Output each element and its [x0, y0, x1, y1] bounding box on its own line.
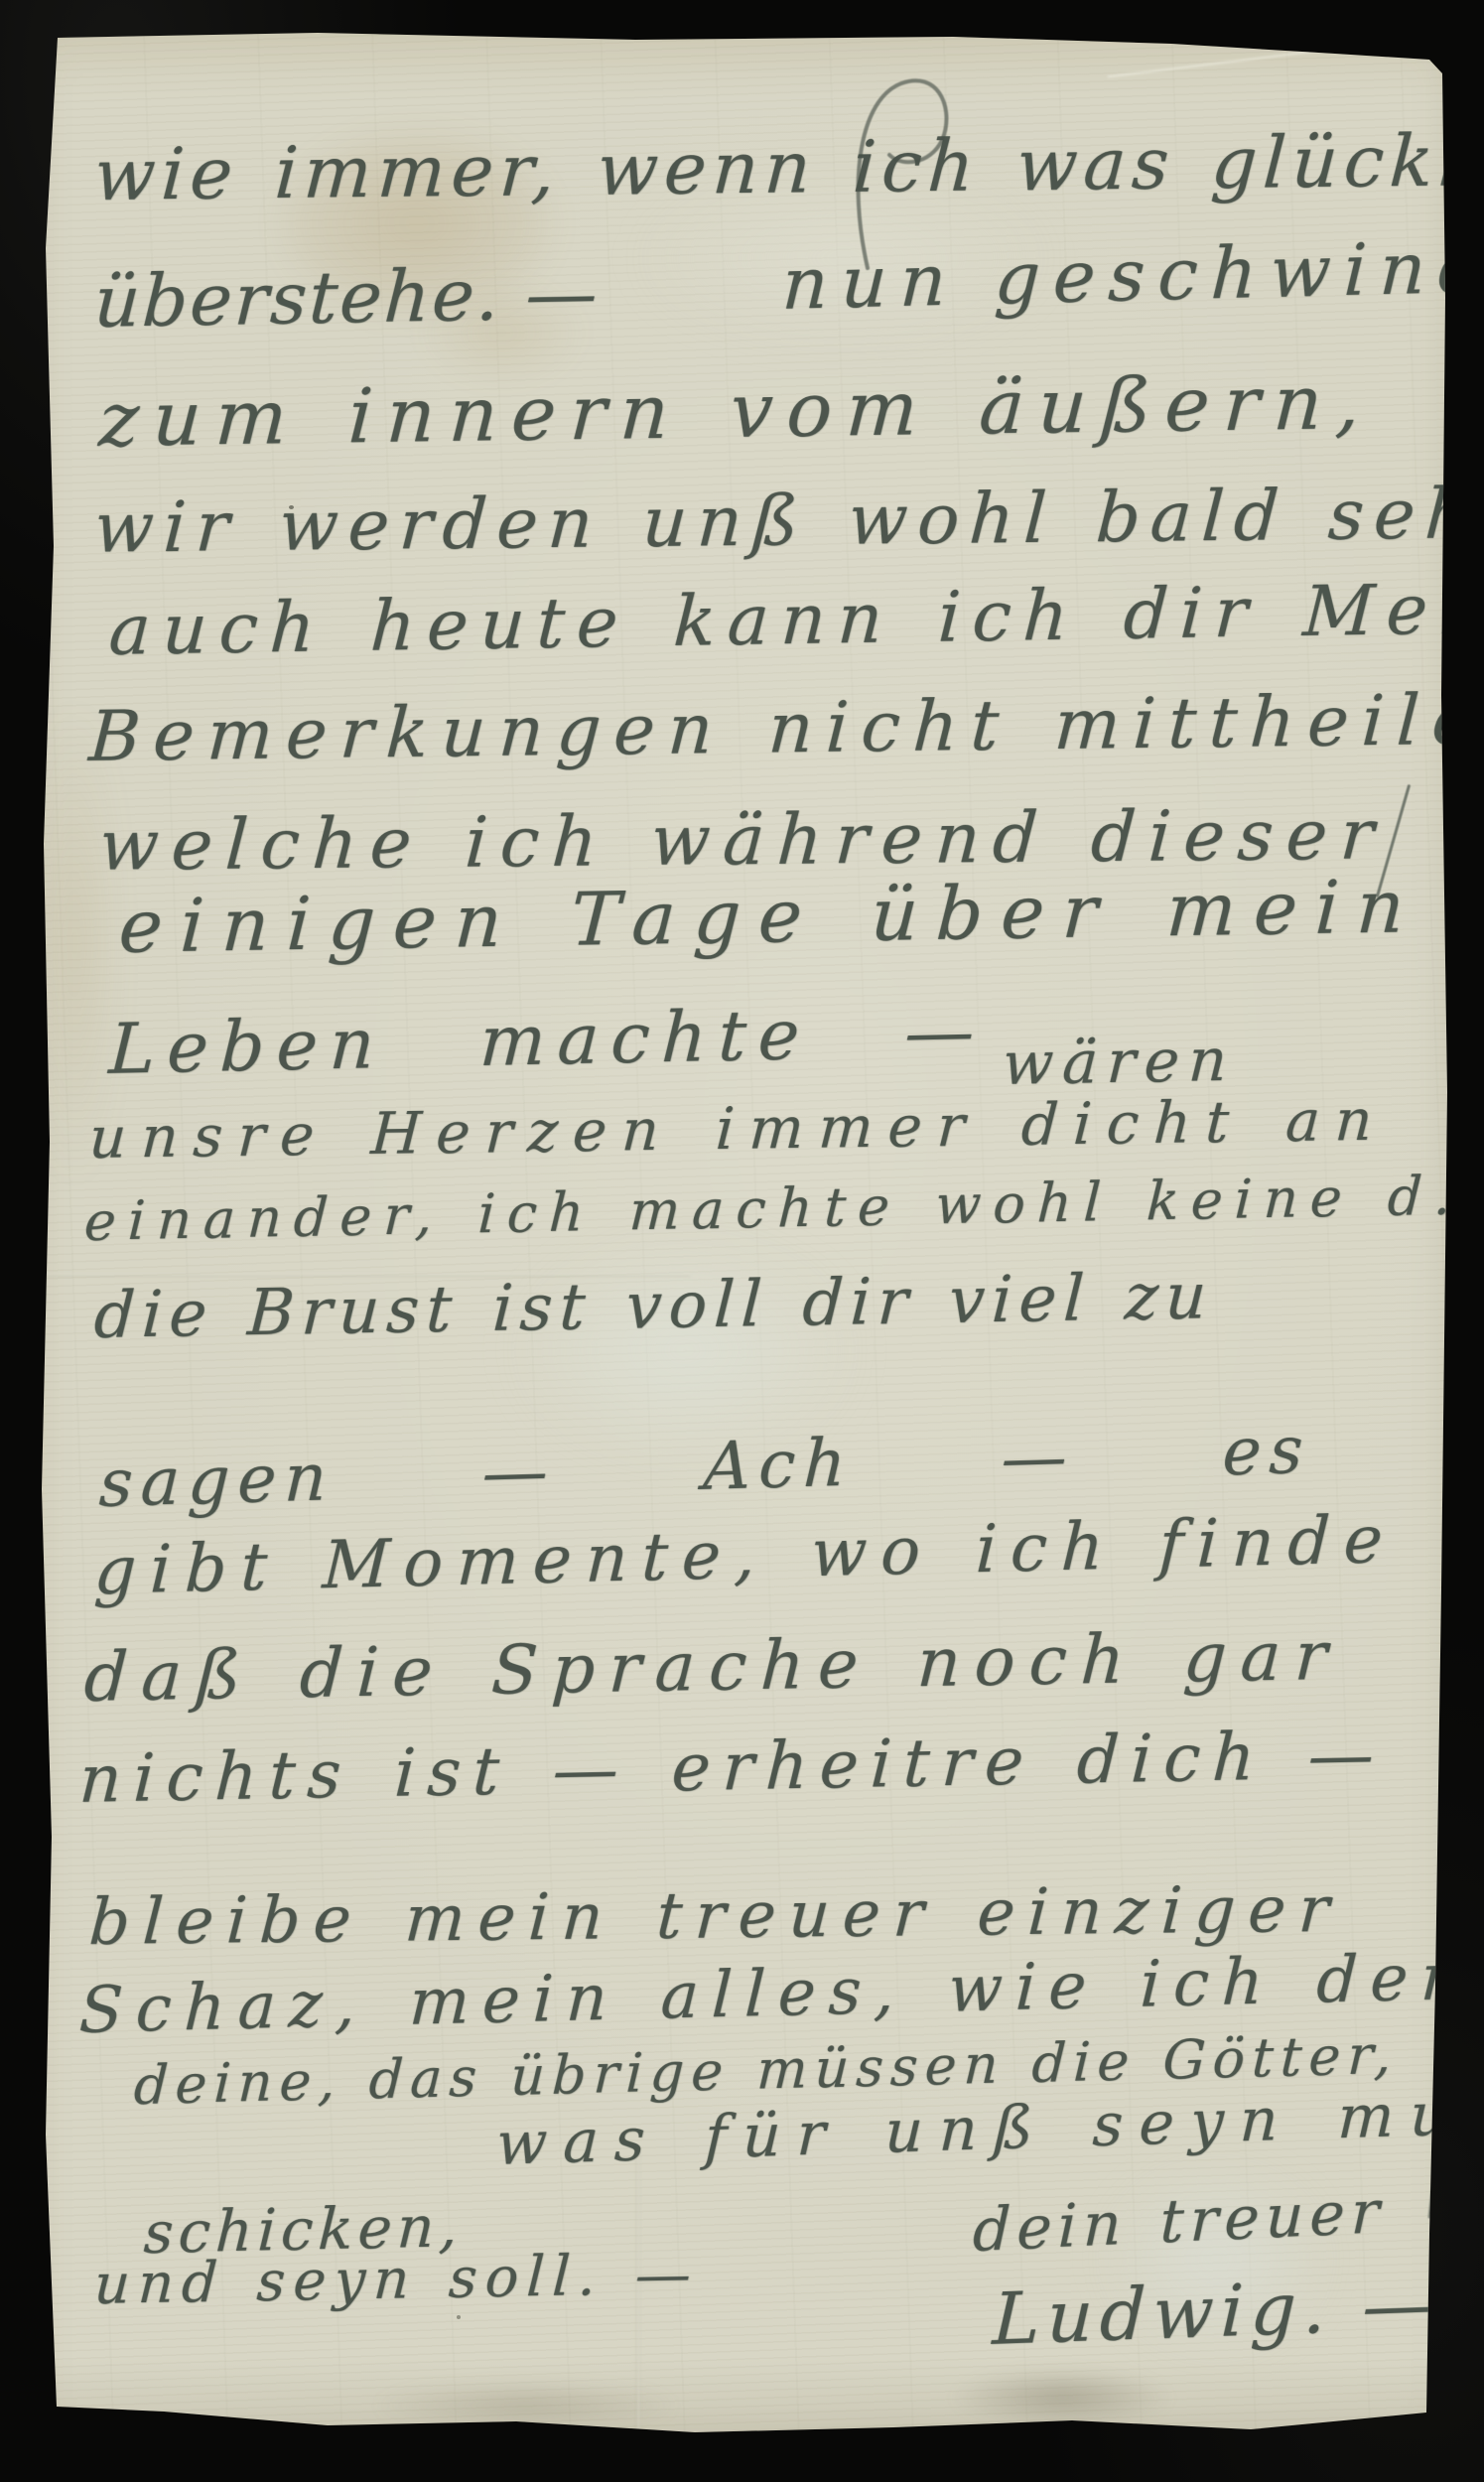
signature-name: Ludwig. —	[992, 2268, 1442, 2355]
handwriting-line-02: überstehe. —	[92, 257, 601, 338]
ink-speck	[457, 2315, 461, 2319]
handwriting-line-14: gibt Momente, wo ich finde	[92, 1507, 1398, 1604]
handwriting-line-01: wie immer, wenn ich was glücklich	[92, 123, 1484, 210]
handwriting-line-21: und seyn soll. —	[93, 2247, 701, 2313]
handwriting-line-06: Bemerkungen nicht mittheilen,	[87, 684, 1484, 771]
letter-page: wie immer, wenn ich was glücklich überst…	[0, 0, 1484, 2482]
crease-diagonal-top	[1108, 48, 1339, 78]
signature-closing: dein treuer	[972, 2182, 1386, 2261]
handwriting-line-15: daß die Sprache noch gar	[82, 1623, 1342, 1713]
handwriting-line-05: auch heute kann ich dir Meine	[107, 573, 1484, 665]
scanned-letter-image: wie immer, wenn ich was glücklich überst…	[0, 0, 1484, 2482]
handwriting-line-04: wir werden unß wohl bald sehn,	[92, 478, 1484, 563]
handwriting-line-11: einander, ich machte wohl keine d.g.	[83, 1168, 1484, 1249]
handwriting-line-09: Leben machte —	[107, 996, 988, 1084]
handwriting-line-10: unsre Herzen immer dicht an	[87, 1091, 1389, 1167]
handwriting-line-13: sagen — Ach — es	[98, 1418, 1312, 1517]
handwriting-line-17: bleibe mein treuer einziger	[87, 1878, 1344, 1955]
handwriting-line-12: die Brust ist voll dir viel zu	[92, 1265, 1215, 1348]
stain-bottom-center	[953, 2368, 1171, 2427]
stain-bottom-left	[377, 2383, 675, 2428]
handwriting-line-03: zum innern vom äußern,	[97, 364, 1376, 458]
handwriting-line-08: einigen Tage über mein	[117, 870, 1423, 964]
handwriting-line-09b: wären	[1001, 1031, 1237, 1094]
handwriting-line-02b: nun geschwind	[780, 230, 1484, 320]
handwriting-line-16: nichts ist — erheitre dich —	[77, 1723, 1387, 1813]
